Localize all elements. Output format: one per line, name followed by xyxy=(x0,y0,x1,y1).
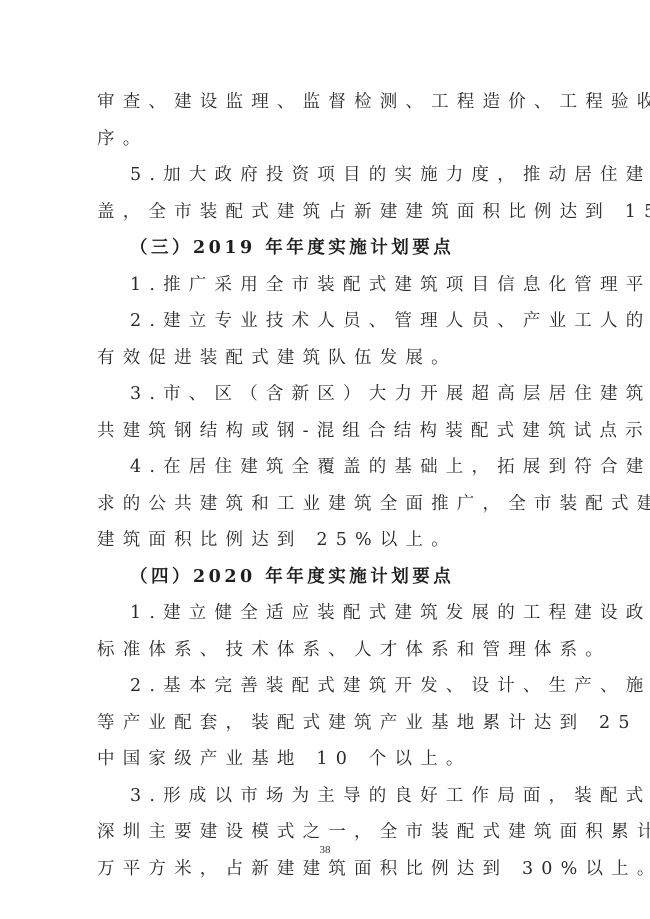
text-line: 等产业配套，装配式建筑产业基地累计达到 25 个以上，其 xyxy=(97,705,553,742)
text-line: 3.形成以市场为主导的良好工作局面，装配式建筑成为 xyxy=(97,778,553,815)
section-heading-2019: （三）2019 年年度实施计划要点 xyxy=(97,230,553,267)
section-heading-2020: （四）2020 年年度实施计划要点 xyxy=(97,559,553,596)
text-line: 5.加大政府投资项目的实施力度，推动居住建筑全覆 xyxy=(97,157,553,194)
text-line: 2.建立专业技术人员、管理人员、产业工人的培养机制， xyxy=(97,303,553,340)
document-body: 审查、建设监理、监督检测、工程造价、工程验收等管理程 序。 5.加大政府投资项目… xyxy=(97,84,553,887)
text-line: 共建筑钢结构或钢-混组合结构装配式建筑试点示范建设。 xyxy=(97,413,553,450)
page-number: 38 xyxy=(0,844,650,856)
text-line: 审查、建设监理、监督检测、工程造价、工程验收等管理程 xyxy=(97,84,553,121)
text-line: 盖，全市装配式建筑占新建建筑面积比例达到 15%以上。 xyxy=(97,194,553,231)
text-line: 4.在居住建筑全覆盖的基础上，拓展到符合建设规模要 xyxy=(97,449,553,486)
text-line: 序。 xyxy=(97,121,553,158)
text-line: 中国家级产业基地 10 个以上。 xyxy=(97,741,553,778)
text-line: 3.市、区（含新区）大力开展超高层居住建筑、大型公 xyxy=(97,376,553,413)
text-line: 2.基本完善装配式建筑开发、设计、生产、施工、咨询 xyxy=(97,668,553,705)
document-page: 审查、建设监理、监督检测、工程造价、工程验收等管理程 序。 5.加大政府投资项目… xyxy=(0,0,650,919)
text-line: 有效促进装配式建筑队伍发展。 xyxy=(97,340,553,377)
text-line: 1.建立健全适应装配式建筑发展的工程建设政策体系、 xyxy=(97,595,553,632)
text-line: 标准体系、技术体系、人才体系和管理体系。 xyxy=(97,632,553,669)
text-line: 建筑面积比例达到 25%以上。 xyxy=(97,522,553,559)
text-line: 求的公共建筑和工业建筑全面推广，全市装配式建筑占新建 xyxy=(97,486,553,523)
text-line: 1.推广采用全市装配式建筑项目信息化管理平台。 xyxy=(97,267,553,304)
